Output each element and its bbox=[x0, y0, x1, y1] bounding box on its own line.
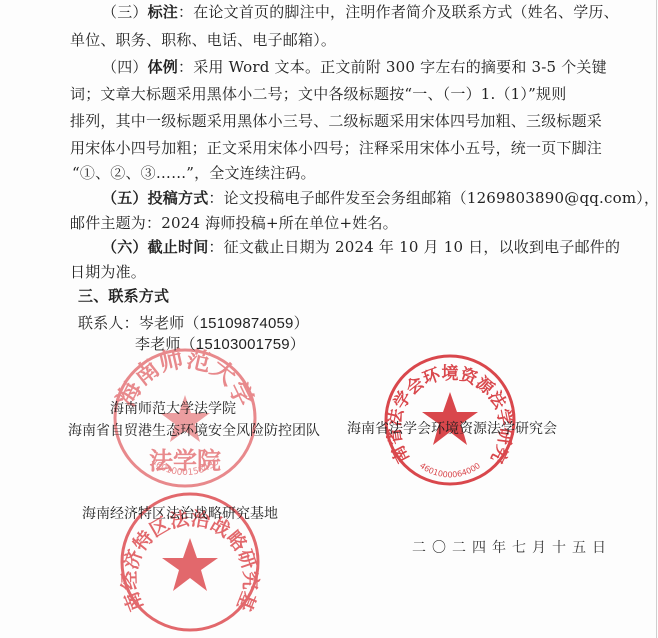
para-label: 标注 bbox=[148, 3, 178, 21]
seal-law-school: 海南师范大学 法学院 4601000158435 bbox=[112, 347, 258, 489]
para-format-line4: 用宋体小四号加粗；正文采用宋体小四号；注释采用宋体小五号，统一页下脚注 bbox=[70, 138, 602, 158]
signatory-env-law-society: 海南省法学会环境资源法学研究会 bbox=[347, 418, 557, 438]
signatory-fta-eco-team: 海南省自贸港生态环境安全风险防控团队 bbox=[68, 420, 320, 440]
para-text: ：论文投稿电子邮件发至会务组邮箱（1269803890@qq.com）， bbox=[208, 189, 658, 207]
para-label: 投稿方式 bbox=[148, 189, 209, 207]
para-prefix: （四） bbox=[102, 58, 148, 76]
para-deadline-line2: 日期为准。 bbox=[70, 262, 146, 282]
contact-row-1: 联系人：岑老师（15109874059） bbox=[78, 313, 309, 334]
para-format-line5: “①、②、③……”，全文连续注码。 bbox=[72, 163, 316, 183]
para-prefix: （六） bbox=[102, 238, 148, 256]
para-annotation-line1: （三）标注：在论文首页的脚注中，注明作者简介及联系方式（姓名、学历、 bbox=[102, 2, 619, 22]
svg-text:4601000064000: 4601000064000 bbox=[418, 461, 482, 479]
contact-phone: （15103001759） bbox=[181, 336, 305, 353]
para-submission-line1: （五）投稿方式：论文投稿电子邮件发至会务组邮箱（1269803890@qq.co… bbox=[102, 188, 658, 208]
para-submission-line2: 邮件主题为：2024 海师投稿+所在单位+姓名。 bbox=[70, 213, 398, 233]
signatory-law-school: 海南师范大学法学院 bbox=[110, 398, 236, 418]
para-prefix: （三） bbox=[102, 3, 148, 21]
para-text: ：征文截止日期为 2024 年 10 月 10 日，以收到电子邮件的 bbox=[208, 238, 620, 256]
para-label: 体例 bbox=[148, 58, 178, 76]
para-deadline-line1: （六）截止时间：征文截止日期为 2024 年 10 月 10 日，以收到电子邮件… bbox=[102, 237, 620, 257]
para-prefix: （五） bbox=[102, 189, 148, 207]
para-format-line2: 词；文章大标题采用黑体小二号；文中各级标题按“一、（一）1.（1）”规则 bbox=[70, 84, 566, 104]
page-edge bbox=[656, 0, 657, 638]
contact-phone: （15109874059） bbox=[184, 315, 308, 332]
signatory-sez-research-base: 海南经济特区法治战略研究基地 bbox=[82, 503, 278, 523]
contact-name: 李老师 bbox=[135, 335, 181, 353]
para-label: 截止时间 bbox=[148, 238, 209, 256]
section-heading-contact: 三、联系方式 bbox=[78, 286, 169, 306]
para-annotation-line2: 单位、职务、职称、电话、电子邮箱）。 bbox=[70, 30, 336, 50]
contact-label: 联系人： bbox=[78, 314, 139, 332]
para-format-line3: 排列，其中一级标题采用黑体小三号、二级标题采用宋体四号加粗、三级标题采 bbox=[70, 111, 602, 131]
para-text: ：采用 Word 文本。正文前附 300 字左右的摘要和 3-5 个关键 bbox=[178, 58, 607, 76]
contact-row-2: 李老师（15103001759） bbox=[135, 334, 305, 355]
contact-name: 岑老师 bbox=[139, 314, 185, 332]
document-page: 海南师范大学 法学院 4601000158435 海南省法学会环境资源法学研究会… bbox=[0, 0, 658, 638]
para-format-line1: （四）体例：采用 Word 文本。正文前附 300 字左右的摘要和 3-5 个关… bbox=[102, 57, 607, 77]
document-date: 二〇二四年七月十五日 bbox=[412, 537, 612, 557]
para-text: ：在论文首页的脚注中，注明作者简介及联系方式（姓名、学历、 bbox=[178, 3, 619, 21]
